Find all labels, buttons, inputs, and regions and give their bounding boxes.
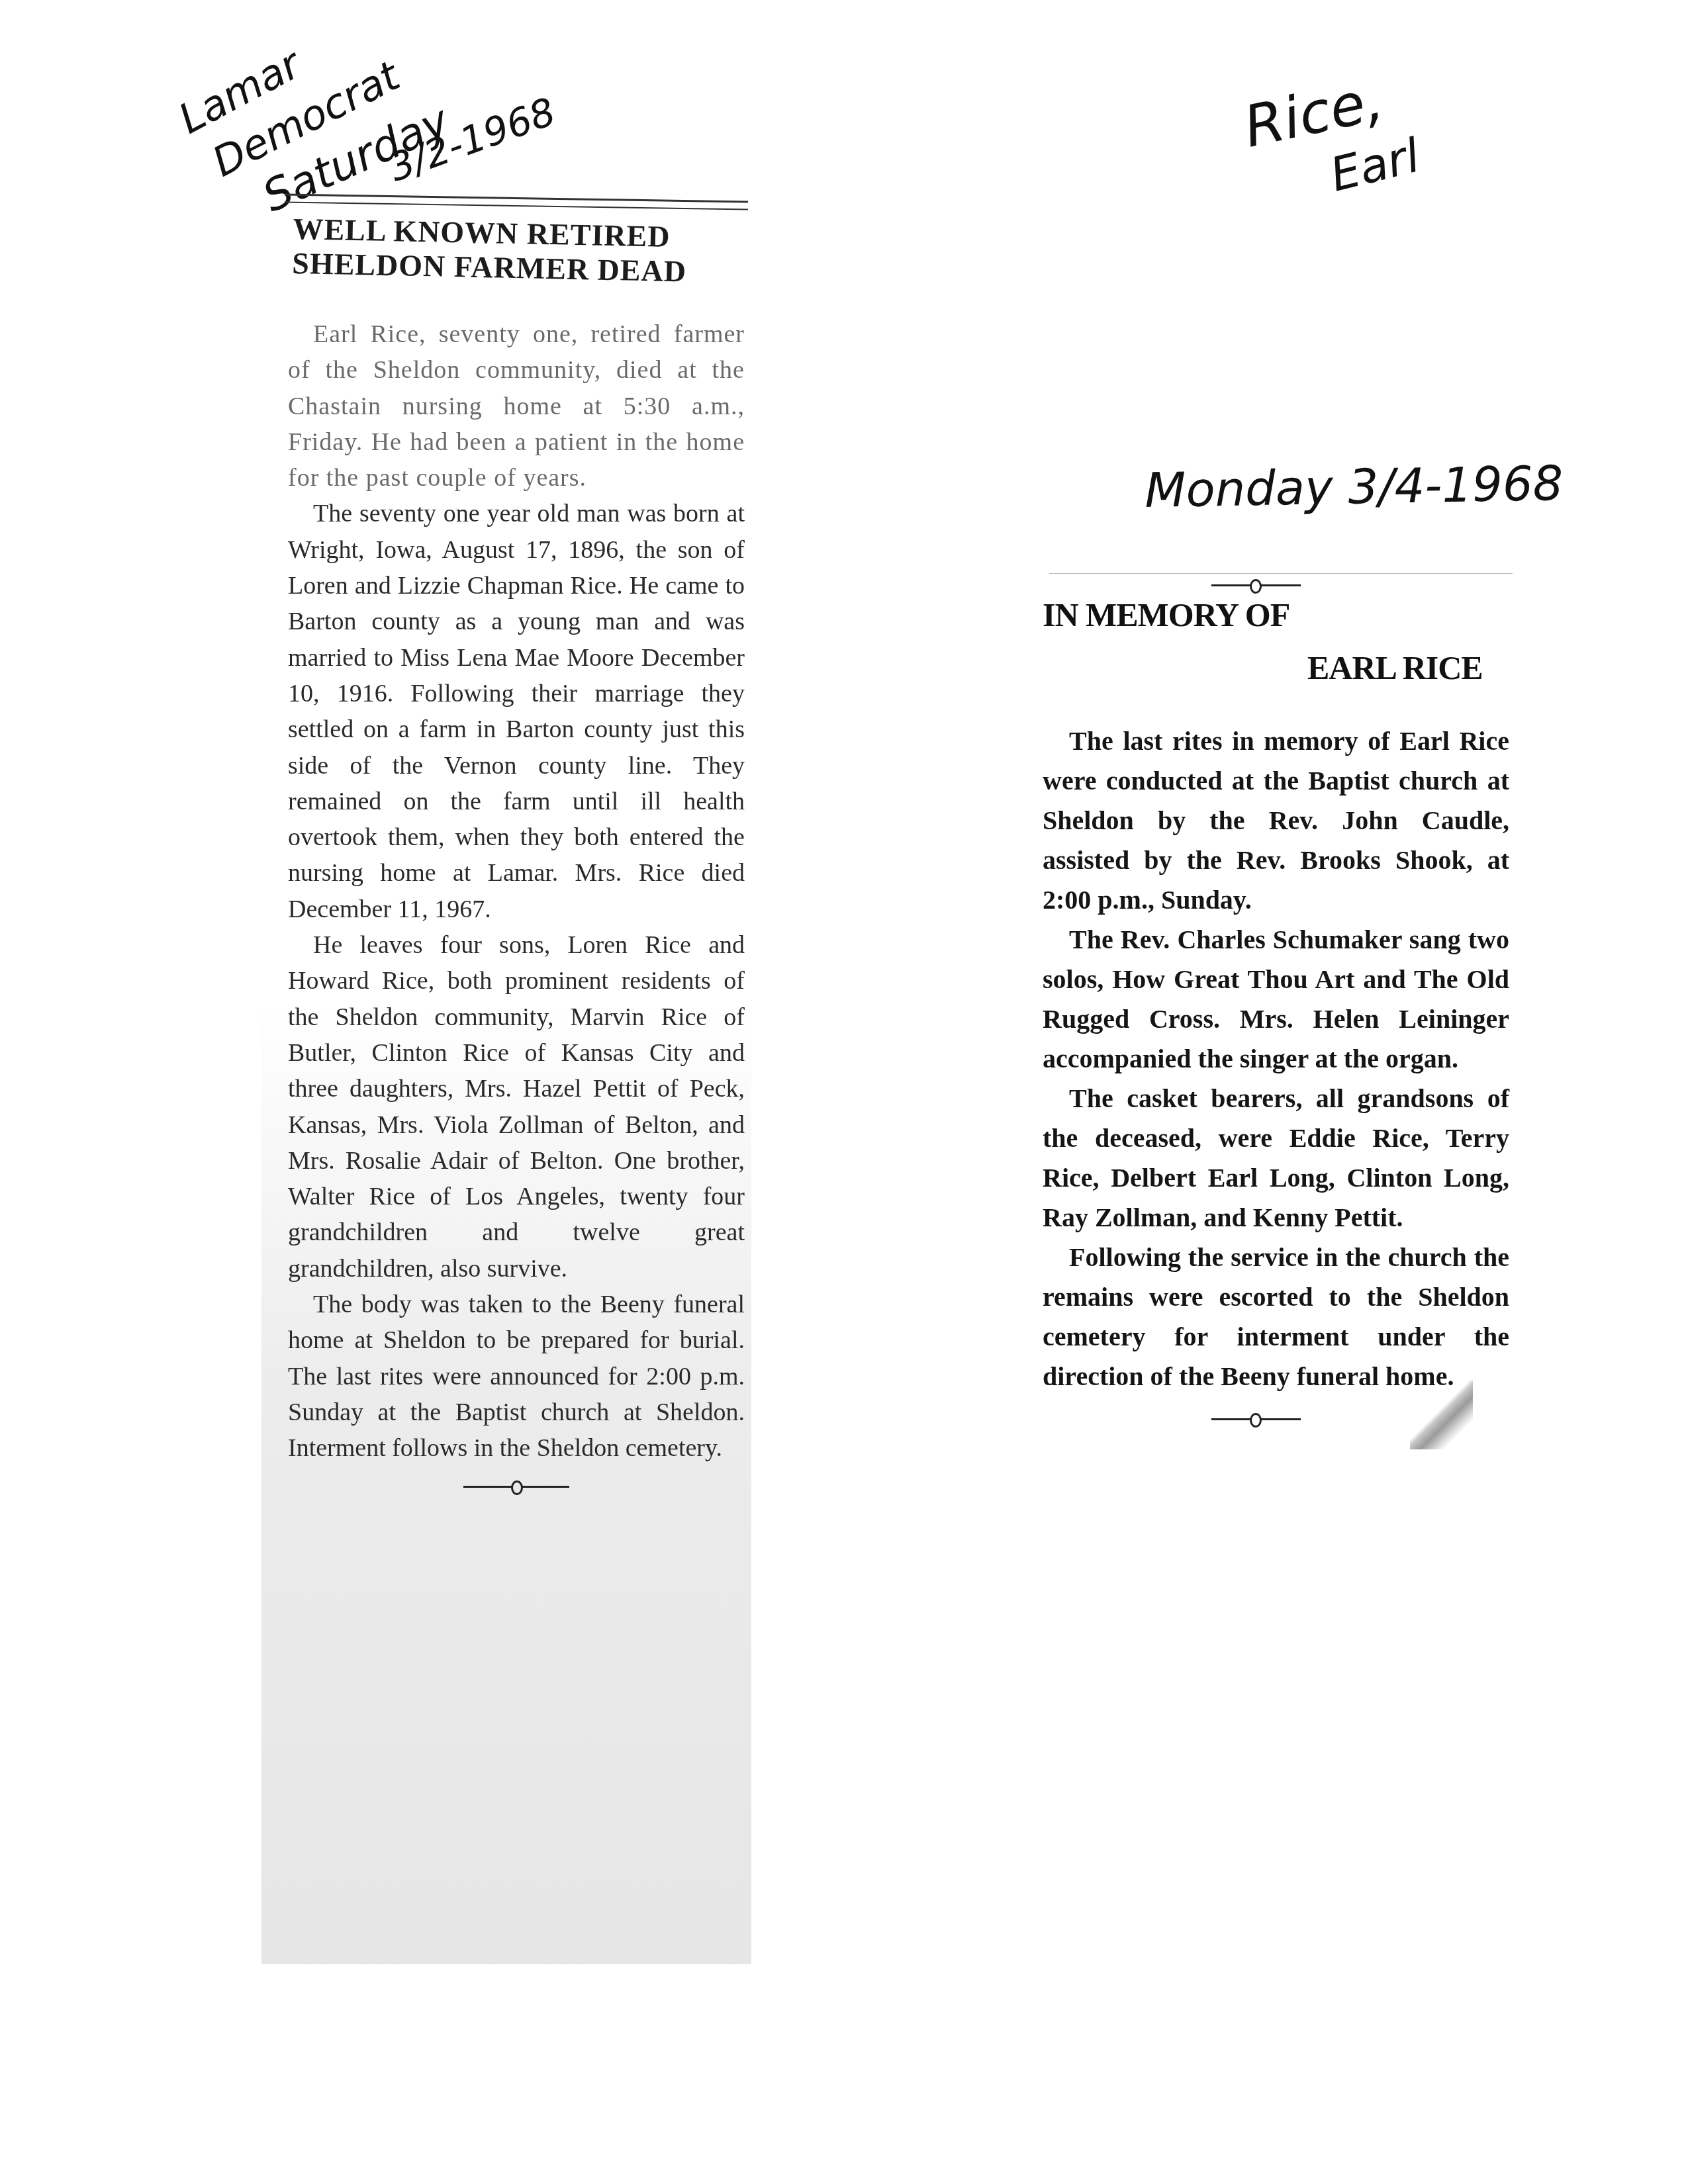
paragraph: The casket bearers, all grandsons of the… [1043,1079,1509,1238]
memorial-headline-line1: IN MEMORY OF [1043,596,1289,634]
obituary-headline: WELL KNOWN RETIRED SHELDON FARMER DEAD [292,212,750,290]
paragraph: The Rev. Charles Schumaker sang two solo… [1043,920,1509,1079]
torn-corner-mark [1410,1380,1473,1449]
memorial-headline-line2: EARL RICE [1307,649,1483,687]
end-divider [463,1480,569,1493]
paragraph: Following the service in the church the … [1043,1238,1509,1396]
end-divider [1211,1412,1301,1426]
paragraph: The seventy one year old man was born at… [288,496,745,927]
handwritten-second-date: Monday 3/4-1968 [1145,459,1564,514]
paragraph: The body was taken to the Beeny funeral … [288,1287,745,1466]
column-rule [285,202,748,210]
top-divider [1211,578,1301,592]
memorial-body: The last rites in memory of Earl Rice we… [1043,721,1509,1426]
clipping-edge [1049,573,1513,574]
paragraph: He leaves four sons, Loren Rice and Howa… [288,927,745,1287]
paragraph: Earl Rice, seventy one, retired farmer o… [288,316,745,496]
paragraph: The last rites in memory of Earl Rice we… [1043,721,1509,920]
column-rule [285,194,748,203]
memorial-clipping: IN MEMORY OF EARL RICE The last rites in… [1043,556,1526,1734]
handwritten-given-name: Earl [1326,132,1424,199]
obituary-clipping: WELL KNOWN RETIRED SHELDON FARMER DEAD E… [261,197,751,1964]
obituary-body: Earl Rice, seventy one, retired farmer o… [288,316,745,1493]
